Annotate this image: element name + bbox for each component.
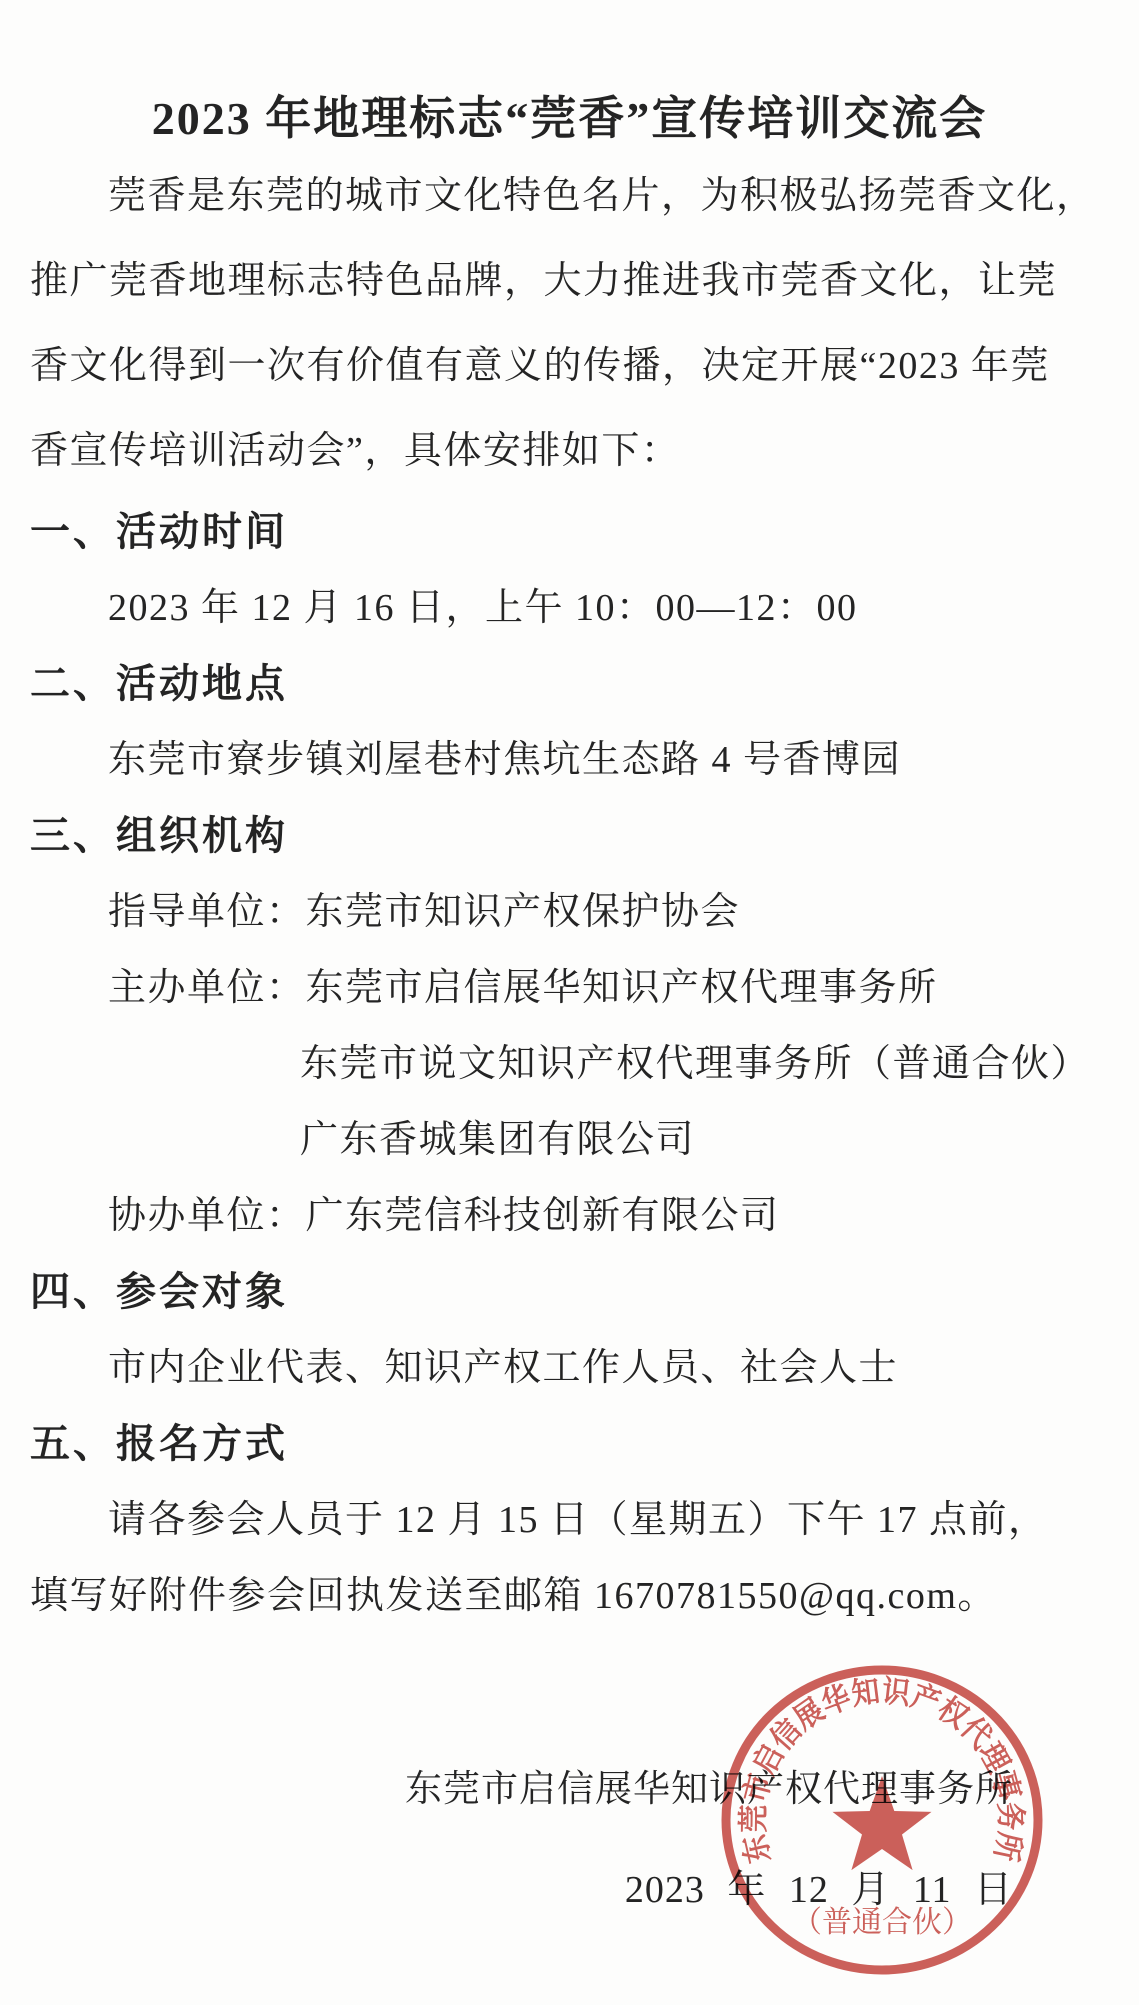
signature-date: 2023 年 12 月 11 日 xyxy=(30,1852,1109,1928)
co-organizer-line: 协办单位：广东莞信科技创新有限公司 xyxy=(30,1178,1109,1254)
guiding-unit-line: 指导单位：东莞市知识产权保护协会 xyxy=(30,874,1109,950)
intro-line: 香宣传培训活动会”，具体安排如下： xyxy=(30,409,1109,494)
section-heading-activity-time: 一、活动时间 xyxy=(30,494,1109,570)
activity-time-text: 2023 年 12 月 16 日，上午 10：00—12：00 xyxy=(30,570,1109,646)
activity-place-text: 东莞市寮步镇刘屋巷村焦坑生态路 4 号香博园 xyxy=(30,722,1109,798)
host-unit-line: 主办单位：东莞市启信展华知识产权代理事务所 xyxy=(30,950,1109,1026)
signature-organization: 东莞市启信展华知识产权代理事务所 xyxy=(30,1752,1109,1828)
section-heading-organizers: 三、组织机构 xyxy=(30,798,1109,874)
host-unit-line-3: 广东香城集团有限公司 xyxy=(30,1102,1109,1178)
intro-line: 推广莞香地理标志特色品牌，大力推进我市莞香文化，让莞 xyxy=(30,239,1109,324)
registration-line-2: 填写好附件参会回执发送至邮箱 1670781550@qq.com。 xyxy=(30,1558,1109,1634)
page-title: 2023 年地理标志“莞香”宣传培训交流会 xyxy=(30,84,1109,154)
intro-line: 莞香是东莞的城市文化特色名片，为积极弘扬莞香文化， xyxy=(30,154,1109,239)
registration-line-1: 请各参会人员于 12 月 15 日（星期五）下午 17 点前， xyxy=(30,1482,1109,1558)
section-heading-participants: 四、参会对象 xyxy=(30,1254,1109,1330)
section-heading-activity-place: 二、活动地点 xyxy=(30,646,1109,722)
section-heading-registration: 五、报名方式 xyxy=(30,1406,1109,1482)
host-unit-line-2: 东莞市说文知识产权代理事务所（普通合伙） xyxy=(30,1026,1109,1102)
document-content: 2023 年地理标志“莞香”宣传培训交流会 莞香是东莞的城市文化特色名片，为积极… xyxy=(0,84,1139,1928)
participants-text: 市内企业代表、知识产权工作人员、社会人士 xyxy=(30,1330,1109,1406)
document-page: 2023 年地理标志“莞香”宣传培训交流会 莞香是东莞的城市文化特色名片，为积极… xyxy=(0,0,1139,2005)
intro-line: 香文化得到一次有价值有意义的传播，决定开展“2023 年莞 xyxy=(30,324,1109,409)
